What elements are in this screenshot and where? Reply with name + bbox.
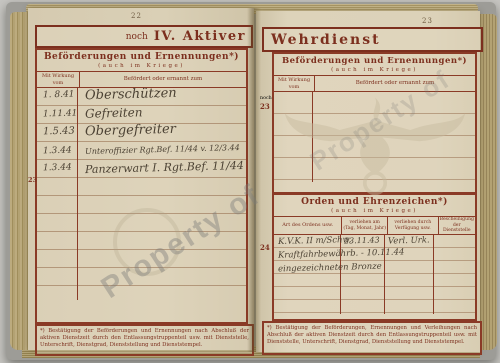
table-title: Beförderungen und Ernennungen*) [37, 52, 246, 62]
table-subtitle: (auch im Kriege) [274, 66, 475, 76]
column-divider [340, 235, 341, 314]
entry-text: Unteroffizier Rgt.Bef. 11/44 v. 12/3.44 [85, 143, 240, 156]
section-header-title: Wehrdienst [271, 32, 381, 48]
column-header-rank: Befördert oder ernannt zum [80, 72, 246, 87]
award-entry-type: eingezeichneten Bronze [278, 262, 382, 275]
table-body: K.V.K. II m/Schw. 23.11.43 Verl. Urk. Kr… [274, 235, 475, 314]
award-entry-type: K.V.K. II m/Schw. [278, 235, 352, 247]
left-promotions-table: Beförderungen und Ernennungen*) (auch im… [35, 48, 248, 324]
table-title: Beförderungen und Ernennungen*) [274, 56, 475, 66]
eagle-watermark [282, 89, 468, 199]
column-header-certification: Bescheinigung der Dienststelle [439, 217, 475, 234]
column-header-awarded-by: verliehen durch Verfügung usw. [388, 217, 439, 234]
left-page-number: 22 [131, 12, 142, 20]
table-subtitle: (auch im Kriege) [274, 207, 475, 217]
entry-date: 1.3.44 [43, 146, 72, 157]
margin-item-number: 23 [28, 176, 37, 184]
entry-text: Oberschützen [85, 88, 177, 103]
section-header-prefix: noch [126, 32, 148, 42]
column-header-date: Mit Wirkung vom [37, 72, 80, 87]
column-divider [433, 235, 434, 314]
entry-text: Obergefreiter [85, 122, 176, 139]
right-page: 23 Wehrdienst Beförderungen und Ernennun… [256, 11, 480, 352]
award-entry-date: 23.11.43 [344, 236, 380, 246]
book-spine [247, 8, 261, 352]
left-section-header: noch IV. Aktiver [35, 25, 253, 48]
left-page: 22 noch IV. Aktiver Beförderungen und Er… [28, 8, 254, 350]
award-entry-by: Verl. Urk. [388, 235, 430, 246]
margin-continuation-note: noch [260, 96, 272, 101]
column-header-award-type: Art des Ordens usw. [274, 217, 342, 234]
right-page-number: 23 [422, 17, 433, 25]
margin-item-number: 24 [260, 243, 270, 252]
section-header-title: IV. Aktiver [154, 29, 246, 44]
entry-text: Gefreiten [85, 105, 143, 120]
emblem-watermark-ring [113, 208, 181, 276]
entry-date: 1.11.41 [43, 109, 78, 120]
book-page-edges-right [478, 14, 497, 350]
entry-date: 1. 8.41 [43, 90, 75, 101]
right-footnote: *) Bestätigung der Beförderungen, Ernenn… [262, 321, 482, 355]
entry-date: 1.3.44 [43, 163, 72, 174]
award-entry-type: Kraftfahrbewährb. - 10.11.44 [278, 247, 405, 260]
column-divider [77, 88, 78, 300]
entry-date: 1.5.43 [43, 126, 75, 138]
right-section-header: Wehrdienst [262, 27, 483, 52]
table-subtitle: (auch im Kriege) [37, 62, 246, 72]
photo-of-wehrpass: 22 noch IV. Aktiver Beförderungen und Er… [0, 0, 500, 363]
left-footnote: *) Bestätigung der Beförderungen und Ern… [35, 324, 254, 356]
entry-text: Panzerwart I. Rgt.Bef. 11/44 [85, 159, 244, 176]
margin-item-number: 23 [260, 102, 270, 111]
column-header-awarded-date: verliehen am (Tag, Monat, Jahr) [342, 217, 388, 234]
awards-table: Orden und Ehrenzeichen*) (auch im Kriege… [272, 193, 477, 321]
